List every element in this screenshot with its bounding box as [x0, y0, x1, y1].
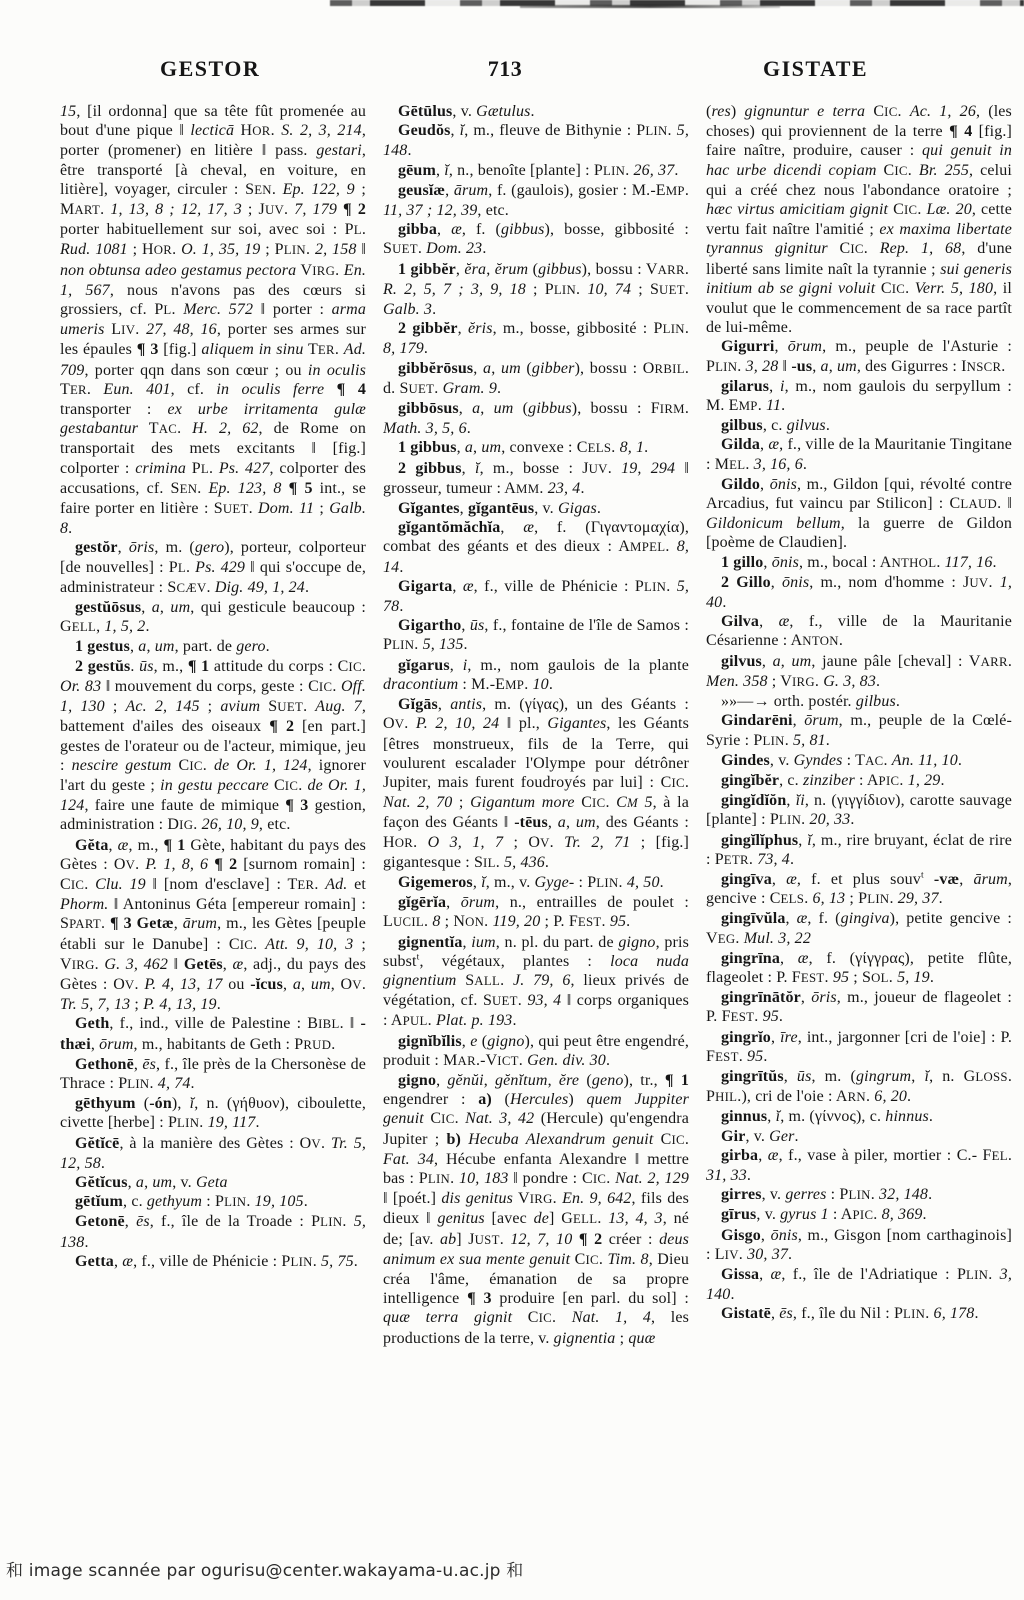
dictionary-entry: gĭgērĭa, ōrum, n., entrailles de poulet …	[383, 893, 689, 932]
dictionary-entry: Gĭgantes, gĭgantēus, v. Gigas.	[383, 499, 689, 518]
dictionary-entry: 1 gillo, ōnis, m., bocal : ANTHOL. 117, …	[706, 553, 1012, 573]
dictionary-entry: 1 gestus, a, um, part. de gero.	[60, 637, 366, 656]
dictionary-entry: Geudŏs, ĭ, m., fleuve de Bithynie : PLIN…	[383, 121, 689, 160]
dictionary-entry: 2 gibbĕr, ĕris, m., bosse, gibbosité : P…	[383, 319, 689, 358]
dictionary-entry: gestŭōsus, a, um, qui gesticule beaucoup…	[60, 598, 366, 637]
dictionary-entry: Gigemeros, ĭ, m., v. Gyge- : PLIN. 4, 50…	[383, 873, 689, 893]
dictionary-entry: Gĕtĭcus, a, um, v. Geta	[60, 1173, 366, 1192]
entry-continuation: 15, [il ordonna] que sa tête fût promené…	[60, 102, 366, 538]
dictionary-entry: gīrus, v. gyrus 1 : APIC. 8, 369.	[706, 1205, 1012, 1225]
scan-credit: 和 image scannée par ogurisu@center.wakay…	[6, 1556, 1006, 1581]
dictionary-entry: 1 gibbus, a, um, convexe : CELS. 8, 1.	[383, 438, 689, 458]
dictionary-entry: Gethonē, ēs, f., île près de la Chersonè…	[60, 1055, 366, 1094]
dictionary-entry: girres, v. gerres : PLIN. 32, 148.	[706, 1185, 1012, 1205]
dictionary-entry: Geth, f., ind., ville de Palestine : BIB…	[60, 1014, 366, 1054]
dictionary-entry: Getta, æ, f., ville de Phénicie : PLIN. …	[60, 1252, 366, 1272]
entry-continuation: (res) gignuntur e terra CIC. Ac. 1, 26, …	[706, 102, 1012, 337]
dictionary-entry: gingīvŭla, æ, f. (gingiva), petite genci…	[706, 909, 1012, 948]
dictionary-entry: gestŏr, ōris, m. (gero), porteur, colpor…	[60, 538, 366, 598]
dictionary-entry: Gigarta, æ, f., ville de Phénicie : PLIN…	[383, 577, 689, 616]
dictionary-entry: Gisgo, ōnis, m., Gisgon [nom carthaginoi…	[706, 1226, 1012, 1265]
dictionary-entry: gingrītŭs, ūs, m. (gingrum, ĭ, n. GLOSS.…	[706, 1067, 1012, 1107]
dictionary-entry: Gĕta, æ, m., ¶ 1 Gète, habitant du pays …	[60, 836, 366, 1015]
dictionary-entry: gingrīna, æ, f. (γίγγρας), petite flûte,…	[706, 949, 1012, 988]
dictionary-entry: Getonē, ēs, f., île de la Troade : PLIN.…	[60, 1212, 366, 1251]
dictionary-entry: Gilda, æ, f., ville de la Mauritanie Tin…	[706, 435, 1012, 474]
header-keyword-right: GISTATE	[763, 56, 868, 82]
dictionary-entry: geusĭæ, ārum, f. (gaulois), gosier : M.-…	[383, 181, 689, 220]
dictionary-entry: gigno, gĕnŭi, gĕnĭtum, ĕre (geno), tr., …	[383, 1071, 689, 1348]
dictionary-entry: Gētūlus, v. Gætulus.	[383, 102, 689, 121]
dictionary-entry: gĭgarus, i, m., nom gaulois de la plante…	[383, 656, 689, 695]
header-keyword-left: GESTOR	[160, 56, 260, 82]
scan-noise-artifact-2	[520, 5, 780, 8]
text-column-left: 15, [il ordonna] que sa tête fût promené…	[60, 102, 366, 1534]
dictionary-entry: gēthyum (-ón), ĭ, n. (γήθυον), ciboulett…	[60, 1094, 366, 1133]
dictionary-entry: 2 gibbus, ĭ, m., bosse : JUV. 19, 294 ‖ …	[383, 459, 689, 499]
dictionary-entry: gingrīnātŏr, ōris, m., joueur de flageol…	[706, 988, 1012, 1027]
dictionary-entry: Gir, v. Ger.	[706, 1127, 1012, 1146]
dictionary-entry: gibba, æ, f. (gibbus), bosse, gibbosité …	[383, 220, 689, 259]
dictionary-entry: Gindes, v. Gyndes : TAC. An. 11, 10.	[706, 751, 1012, 771]
dictionary-entry: gingīva, æ, f. et plus souvt -væ, ārum, …	[706, 870, 1012, 909]
dictionary-entry: gingĭbĕr, c. zinziber : APIC. 1, 29.	[706, 771, 1012, 791]
dictionary-entry: gēum, ĭ, n., benoîte [plante] : PLIN. 26…	[383, 161, 689, 181]
dictionary-entry: gĭgantŏmăchĭa, æ, f. (Γιγαντομαχία), com…	[383, 518, 689, 577]
dictionary-entry: gingĭlĭphus, ĭ, m., rire bruyant, éclat …	[706, 831, 1012, 870]
dictionary-entry: 2 gestŭs. ūs, m., ¶ 1 attitude du corps …	[60, 657, 366, 836]
dictionary-entry: gingrĭo, īre, int., jargonner [cri de l'…	[706, 1028, 1012, 1067]
dictionary-entry: gibbōsus, a, um (gibbus), bossu : FIRM. …	[383, 399, 689, 438]
dictionary-entry: 1 gibbĕr, ĕra, ĕrum (gibbus), bossu : VA…	[383, 260, 689, 320]
dictionary-entry: Gigurri, ōrum, m., peuple de l'Asturie :…	[706, 337, 1012, 376]
dictionary-entry: gibbĕrōsus, a, um (gibber), bossu : ORBI…	[383, 359, 689, 399]
dictionary-entry: »»—→ orth. postér. gilbus.	[706, 692, 1012, 711]
page-header: GESTOR 713 GISTATE	[0, 56, 1024, 86]
dictionary-entry: Gistatē, ēs, f., île du Nil : PLIN. 6, 1…	[706, 1304, 1012, 1324]
dictionary-entry: Gĕtĭcē, à la manière des Gètes : OV. Tr.…	[60, 1134, 366, 1173]
header-page-number: 713	[488, 56, 523, 82]
dictionary-entry: gilbus, c. gilvus.	[706, 416, 1012, 435]
dictionary-entry: gignĭbĭlis, e (gigno), qui peut être eng…	[383, 1032, 689, 1071]
dictionary-entry: gilarus, i, m., nom gaulois du serpyllum…	[706, 377, 1012, 416]
text-column-middle: Gētūlus, v. Gætulus.Geudŏs, ĭ, m., fleuv…	[383, 102, 689, 1534]
dictionary-entry: Gilva, æ, f., ville de la Mauritanie Cés…	[706, 612, 1012, 651]
dictionary-columns: 15, [il ordonna] que sa tête fût promené…	[60, 102, 1012, 1534]
dictionary-entry: girba, æ, f., vase à piler, mortier : C.…	[706, 1146, 1012, 1185]
dictionary-entry: Gildo, ōnis, m., Gildon [qui, révolté co…	[706, 475, 1012, 553]
dictionary-entry: gingĭdĭŏn, ĭi, n. (γιγγίδιον), carotte s…	[706, 791, 1012, 830]
dictionary-entry: 2 Gillo, ōnis, m., nom d'homme : JUV. 1,…	[706, 573, 1012, 612]
dictionary-entry: Gĭgās, antis, m. (γίγας), un des Géants …	[383, 695, 689, 873]
dictionary-entry: gignentĭa, ium, n. pl. du part. de gigno…	[383, 933, 689, 1032]
dictionary-entry: Gissa, æ, f., île de l'Adriatique : PLIN…	[706, 1265, 1012, 1304]
text-column-right: (res) gignuntur e terra CIC. Ac. 1, 26, …	[706, 102, 1012, 1534]
dictionary-entry: Gigartho, ūs, f., fontaine de l'île de S…	[383, 616, 689, 655]
dictionary-entry: ginnus, ĭ, m. (γίννος), c. hinnus.	[706, 1107, 1012, 1126]
dictionary-entry: gilvus, a, um, jaune pâle [cheval] : VAR…	[706, 652, 1012, 692]
dictionary-entry: gētĭum, c. gethyum : PLIN. 19, 105.	[60, 1192, 366, 1212]
dictionary-entry: Gindarēni, ōrum, m., peuple de la Cœlé-S…	[706, 711, 1012, 750]
